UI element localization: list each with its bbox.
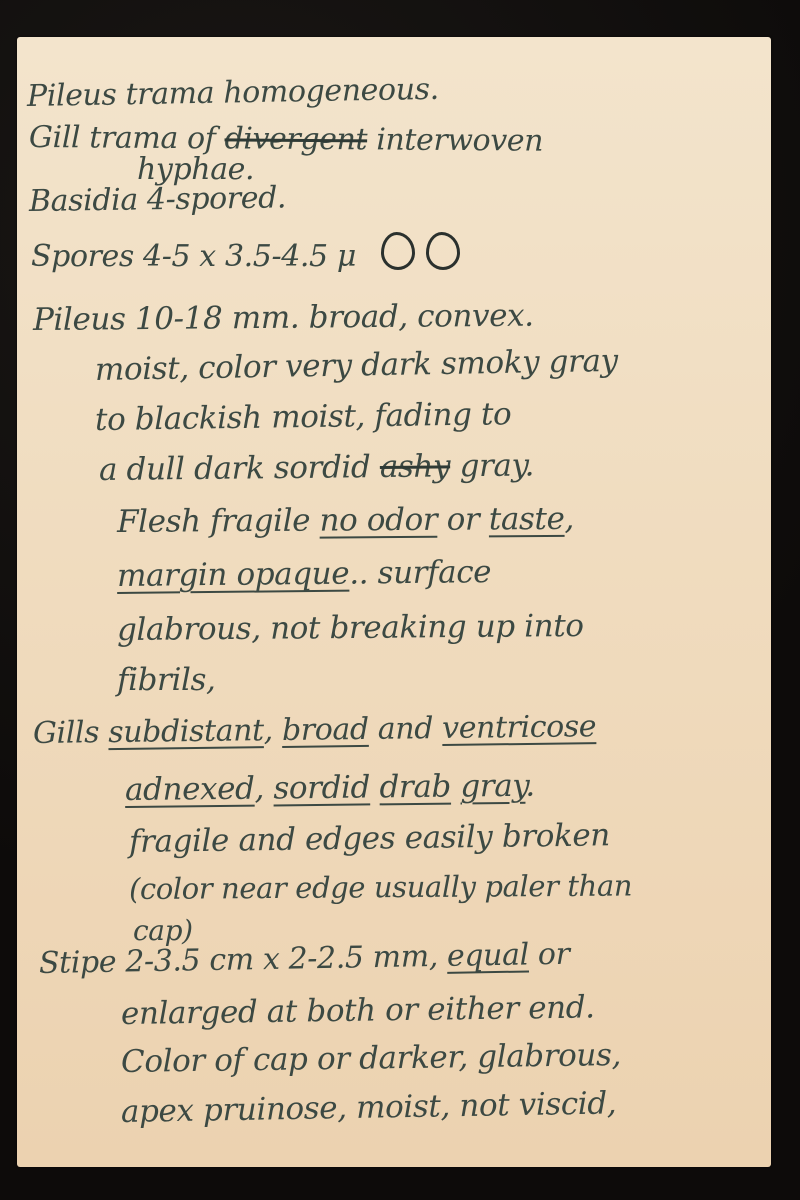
text: fragile and edges easily broken xyxy=(129,817,610,860)
text: , xyxy=(263,713,282,748)
text: to blackish moist, fading to xyxy=(95,396,512,438)
text: apex pruinose, moist, not viscid, xyxy=(121,1085,617,1130)
text: .. surface xyxy=(349,554,491,591)
struck-text: ashy xyxy=(380,448,451,485)
text: or xyxy=(437,501,489,537)
line-blackish: to blackish moist, fading to xyxy=(95,399,512,436)
text: Stipe 2-3.5 cm x 2-2.5 mm, xyxy=(39,939,448,981)
underlined-text: taste xyxy=(489,501,565,538)
line-enlarged: enlarged at both or either end. xyxy=(121,992,595,1030)
text: gray. xyxy=(450,447,534,484)
text: Gills xyxy=(33,715,109,751)
line-gills: Gills subdistant, broad and ventricose xyxy=(33,712,597,749)
text: , xyxy=(254,770,273,806)
text: and xyxy=(368,711,442,747)
line-adnexed: adnexed, sordid drab gray. xyxy=(125,771,535,806)
text: Color of cap or darker, glabrous, xyxy=(121,1037,621,1080)
text: Gill trama of xyxy=(29,120,225,156)
line-stipe: Stipe 2-3.5 cm x 2-2.5 mm, equal or xyxy=(39,940,570,979)
text: Pileus trama homogeneous. xyxy=(27,72,439,114)
line-spores: Spores 4-5 x 3.5-4.5 μ xyxy=(31,232,460,272)
underlined-text: drab xyxy=(379,769,451,806)
text xyxy=(370,769,380,805)
line-fibrils: fibrils, xyxy=(117,665,215,696)
line-fragile-edges: fragile and edges easily broken xyxy=(129,820,610,858)
underlined-text: subdistant xyxy=(108,713,264,750)
text: enlarged at both or either end. xyxy=(121,989,595,1032)
text: Pileus 10-18 mm. broad, convex. xyxy=(33,298,534,338)
underlined-text: sordid xyxy=(273,769,370,806)
text: Basidia 4-spored. xyxy=(29,180,287,219)
line-basidia: Basidia 4-spored. xyxy=(29,183,286,217)
text: Spores 4-5 x 3.5-4.5 μ xyxy=(31,239,356,274)
line-stipe-color: Color of cap or darker, glabrous, xyxy=(121,1040,621,1078)
underlined-text: broad xyxy=(282,712,369,748)
text: fibrils, xyxy=(117,662,215,698)
line-glabrous: glabrous, not breaking up into xyxy=(117,611,584,646)
spore-sketch xyxy=(379,232,460,272)
underlined-text: no odor xyxy=(319,502,437,539)
text: interwoven xyxy=(367,122,543,158)
line-flesh: Flesh fragile no odor or taste, xyxy=(117,504,574,538)
line-apex: apex pruinose, moist, not viscid, xyxy=(121,1088,617,1128)
line-dull-gray: a dull dark sordid ashy gray. xyxy=(99,450,534,486)
line-pileus-color: moist, color very dark smoky gray xyxy=(95,346,618,386)
index-card: Pileus trama homogeneous. Gill trama of … xyxy=(17,37,771,1167)
underlined-text: ventricose xyxy=(442,709,596,746)
underlined-text: margin opaque xyxy=(117,556,350,594)
spore-outline-icon xyxy=(426,232,460,270)
text: or xyxy=(528,937,569,973)
text: , xyxy=(564,501,574,537)
line-pileus-size: Pileus 10-18 mm. broad, convex. xyxy=(33,301,534,336)
underlined-text: adnexed xyxy=(125,771,255,808)
line-pileus-trama: Pileus trama homogeneous. xyxy=(27,75,439,112)
line-color-near-edge: (color near edge usually paler than xyxy=(129,871,632,904)
underlined-text: equal xyxy=(447,937,529,973)
text: glabrous, not breaking up into xyxy=(117,608,584,648)
underlined-text: gray xyxy=(460,768,525,805)
text: a dull dark sordid xyxy=(99,449,380,488)
line-cap: cap) xyxy=(133,917,193,945)
line-gill-trama: Gill trama of divergent interwoven xyxy=(29,123,543,157)
text: . xyxy=(525,768,535,804)
text: Flesh fragile xyxy=(117,503,320,540)
line-margin: margin opaque.. surface xyxy=(117,557,491,592)
text: cap) xyxy=(133,914,193,947)
text: (color near edge usually paler than xyxy=(129,868,632,906)
text: moist, color very dark smoky gray xyxy=(95,343,618,388)
spore-outline-icon xyxy=(381,232,415,270)
